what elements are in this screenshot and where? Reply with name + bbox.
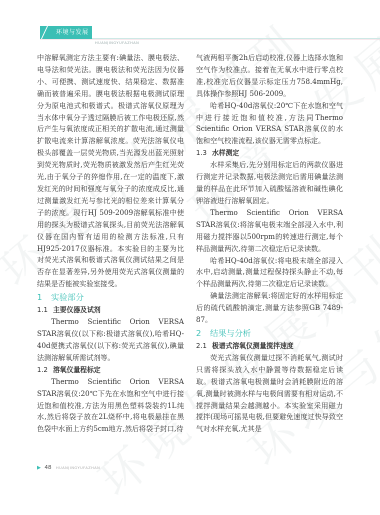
section-label-badge: 环境与发展 (40, 26, 92, 39)
paragraph: 气液两相平衡2h后启动校准,仪器上选择水饱和空气作为校准点。接着在无氧水中进行零… (196, 52, 343, 100)
subsection-title: 水样测定 (212, 149, 239, 157)
subsection-title: 溶氧仪量程标定 (53, 366, 101, 374)
paragraph: Thermo Scientific Orion VERSA STAR溶氧仪:将溶… (196, 207, 343, 255)
subsection-number: 1.2 (37, 364, 53, 376)
subsection-heading-1-3: 1.3水样测定 (196, 147, 343, 159)
paragraph: 哈希HQ-40d溶氧仪:20℃下在水饱和空气中进行接近饱和值校准,方法同Ther… (196, 100, 343, 148)
subsection-title: 极谱式溶氧仪测量搅拌速度 (212, 342, 294, 350)
paragraph: Thermo Scientific Orion VERSA STAR溶氧仪(以下… (37, 316, 184, 364)
journal-name: HUANJINGYUFAZHAN (56, 466, 100, 470)
section-heading-1: 1实验部分 (37, 291, 184, 304)
subsection-title: 主要仪器及试剂 (53, 306, 101, 314)
left-column: 中溶解氧测定方法主要有:碘量法、膜电极法、电导法和荧光法。膜电极法和荧光法因为仪… (37, 52, 184, 435)
page-footer: ▶ 48 HUANJINGYUFAZHAN (37, 465, 100, 471)
paragraph: 荧光式溶氧仪测量过探不消耗氧气,测试时只需将探头放入水中静置等待数据稳定后读取。… (196, 352, 343, 435)
subsection-heading-1-2: 1.2溶氧仪量程标定 (37, 364, 184, 376)
right-column: 气液两相平衡2h后启动校准,仪器上选择水饱和空气作为校准点。接着在无氧水中进行零… (196, 52, 343, 435)
subsection-number: 1.1 (37, 304, 53, 316)
header-rule-secondary (40, 39, 380, 40)
page-number: 48 (44, 465, 51, 471)
journal-subtitle: HUANJINGYUFAZHAN (95, 41, 139, 45)
subsection-number: 1.3 (196, 147, 212, 159)
intro-paragraph: 中溶解氧测定方法主要有:碘量法、膜电极法、电导法和荧光法。膜电极法和荧光法因为仪… (37, 52, 184, 290)
paragraph: Thermo Scientific Orion VERSA STAR溶氧仪:20… (37, 376, 184, 436)
section-heading-2: 2结果与分析 (196, 327, 343, 340)
section-title: 结果与分析 (210, 328, 251, 338)
paragraph: 水样采集后,先分别用标定后的两款仪器进行测定并记录数据,电极法测完后需用碘量法测… (196, 159, 343, 207)
section-label: 环境与发展 (56, 27, 89, 36)
subsection-heading-1-1: 1.1主要仪器及试剂 (37, 304, 184, 316)
section-number: 1 (37, 291, 51, 304)
paragraph: 碘量法测定溶解氧:将固定好的水样用标定后的硫代硫酸钠滴定,测量方法参照GB 74… (196, 290, 343, 326)
section-number: 2 (196, 327, 210, 340)
triangle-right-icon: ▶ (37, 465, 41, 471)
subsection-number: 2.1 (196, 340, 212, 352)
section-title: 实验部分 (51, 292, 84, 302)
paragraph: 哈希HQ-40d溶氧仪:将电极末端全部浸入水中,启动测量,测量过程保持探头静止不… (196, 255, 343, 291)
subsection-heading-2-1: 2.1极谱式溶氧仪测量搅拌速度 (196, 340, 343, 352)
slash-decoration-icon (41, 26, 48, 39)
